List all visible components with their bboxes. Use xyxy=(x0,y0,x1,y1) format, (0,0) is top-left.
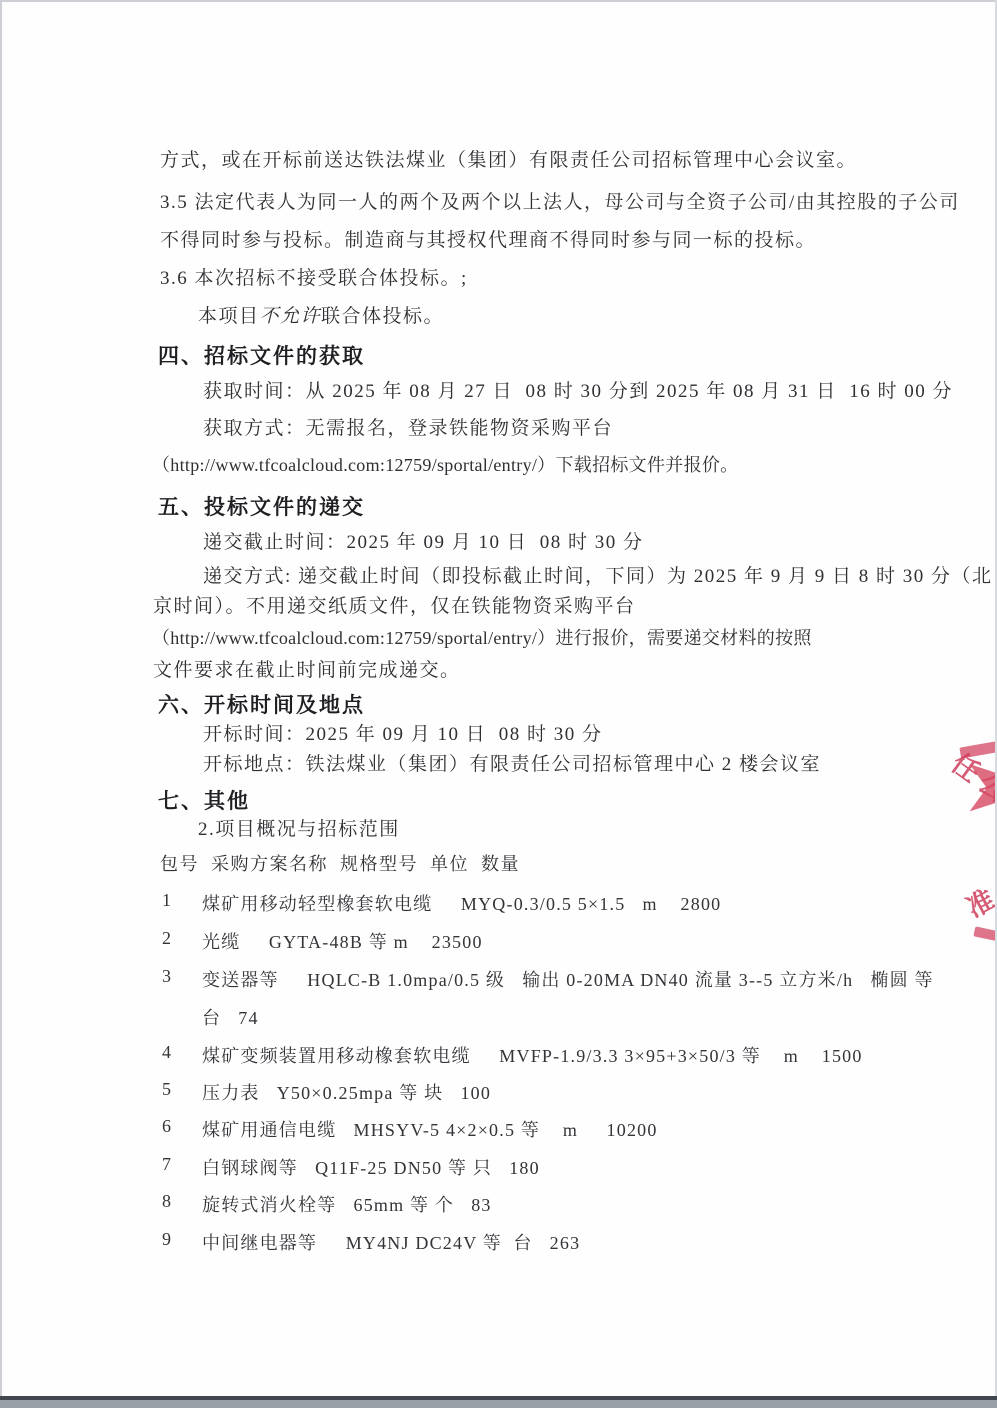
scanned-tender-document-page: 方式，或在开标前送达铁法煤业（集团）有限责任公司招标管理中心会议室。 3.5 法… xyxy=(0,0,997,1408)
item-number: 8 xyxy=(162,1191,202,1217)
item-number: 2 xyxy=(162,928,202,954)
section5-deadline: 递交截止时间：2025 年 09 月 10 日 08 时 30 分 xyxy=(203,532,644,554)
no-consortium-italic: 不允许 xyxy=(260,306,322,327)
item-text: 煤矿用移动轻型橡套软电缆 MYQ-0.3/0.5 5×1.5 m 2800 xyxy=(202,890,721,916)
item-number: 1 xyxy=(162,890,202,916)
section4-platform-url: （http://www.tfcoalcloud.com:12759/sporta… xyxy=(152,455,738,476)
scan-edge-top xyxy=(0,0,997,2)
table-row: 2光缆 GYTA-48B 等 m 23500 xyxy=(162,928,483,954)
item-number: 6 xyxy=(162,1116,202,1142)
table-row: 6煤矿用通信电缆 MHSYV-5 4×2×0.5 等 m 10200 xyxy=(162,1116,658,1142)
section6-open-place: 开标地点：铁法煤业（集团）有限责任公司招标管理中心 2 楼会议室 xyxy=(203,754,821,776)
clause-3-5-line1: 3.5 法定代表人为同一人的两个及两个以上法人，母公司与全资子公司/由其控股的子… xyxy=(160,192,960,214)
section4-obtain-time: 获取时间：从 2025 年 08 月 27 日 08 时 30 分到 2025 … xyxy=(203,381,953,403)
item-number: 5 xyxy=(162,1079,202,1105)
seal-star-icon: ★ xyxy=(945,725,997,848)
scan-edge-left xyxy=(0,0,2,1408)
section4-obtain-method: 获取方式：无需报名，登录铁能物资采购平台 xyxy=(203,418,613,440)
section4-heading: 四、招标文件的获取 xyxy=(158,340,365,370)
item-text: 煤矿变频装置用移动橡套软电缆 MVFP-1.9/3.3 3×95+3×50/3 … xyxy=(202,1042,863,1068)
section6-open-time: 开标时间：2025 年 09 月 10 日 08 时 30 分 xyxy=(203,724,603,746)
no-consortium-suffix: 联合体投标。 xyxy=(321,306,444,327)
seal-rim-text-bottom: 准 xyxy=(958,878,997,925)
section7-heading: 七、其他 xyxy=(158,785,250,815)
official-seal-stamp: 任公 ★ 准 xyxy=(948,742,997,954)
item-text: 旋转式消火栓等 65mm 等 个 83 xyxy=(202,1191,492,1217)
item-text: 煤矿用通信电缆 MHSYV-5 4×2×0.5 等 m 10200 xyxy=(202,1116,658,1142)
section5-method-line2: 京时间）。不用递交纸质文件，仅在铁能物资采购平台 xyxy=(153,596,636,618)
section5-method-line1: 递交方式: 递交截止时间（即投标截止时间，下同）为 2025 年 9 月 9 日… xyxy=(203,566,993,588)
items-table-header: 包号 采购方案名称 规格型号 单位 数量 xyxy=(160,854,520,875)
section5-platform-url: （http://www.tfcoalcloud.com:12759/sporta… xyxy=(152,628,812,649)
section6-heading: 六、开标时间及地点 xyxy=(158,689,365,719)
table-row: 4煤矿变频装置用移动橡套软电缆 MVFP-1.9/3.3 3×95+3×50/3… xyxy=(162,1042,863,1068)
section5-heading: 五、投标文件的递交 xyxy=(158,491,365,521)
item-number: 9 xyxy=(162,1229,202,1255)
table-row: 8旋转式消火栓等 65mm 等 个 83 xyxy=(162,1191,492,1217)
table-row: 1煤矿用移动轻型橡套软电缆 MYQ-0.3/0.5 5×1.5 m 2800 xyxy=(162,890,721,916)
item-text: 中间继电器等 MY4NJ DC24V 等 台 263 xyxy=(202,1229,580,1255)
item-text: 压力表 Y50×0.25mpa 等 块 100 xyxy=(202,1079,491,1105)
clause-3-5-line2: 不得同时参与投标。制造商与其授权代理商不得同时参与同一标的投标。 xyxy=(160,230,816,252)
no-consortium-note: 本项目不允许联合体投标。 xyxy=(198,306,444,328)
table-row-continuation: 台 74 xyxy=(202,1004,259,1030)
scan-edge-bottom xyxy=(0,1400,997,1408)
clause-3-6: 3.6 本次招标不接受联合体投标。; xyxy=(160,268,468,290)
item-number: 7 xyxy=(162,1154,202,1180)
paragraph-delivery-location: 方式，或在开标前送达铁法煤业（集团）有限责任公司招标管理中心会议室。 xyxy=(160,150,857,172)
item-number: 3 xyxy=(162,966,202,992)
item-text: 光缆 GYTA-48B 等 m 23500 xyxy=(202,928,483,954)
seal-rim-mark-bottom xyxy=(973,926,997,943)
item-text: 台 74 xyxy=(202,1004,259,1030)
item-text: 白钢球阀等 Q11F-25 DN50 等 只 180 xyxy=(202,1154,540,1180)
table-row: 7白钢球阀等 Q11F-25 DN50 等 只 180 xyxy=(162,1154,540,1180)
item-text: 变送器等 HQLC-B 1.0mpa/0.5 级 输出 0-20MA DN40 … xyxy=(202,966,934,992)
no-consortium-prefix: 本项目 xyxy=(198,306,260,327)
table-row: 3变送器等 HQLC-B 1.0mpa/0.5 级 输出 0-20MA DN40… xyxy=(162,966,934,992)
section5-complete-line: 文件要求在截止时间前完成递交。 xyxy=(153,660,461,682)
item-number: 4 xyxy=(162,1042,202,1068)
table-row: 5压力表 Y50×0.25mpa 等 块 100 xyxy=(162,1079,491,1105)
table-row: 9中间继电器等 MY4NJ DC24V 等 台 263 xyxy=(162,1229,580,1255)
section7-overview: 2.项目概况与招标范围 xyxy=(198,819,400,841)
